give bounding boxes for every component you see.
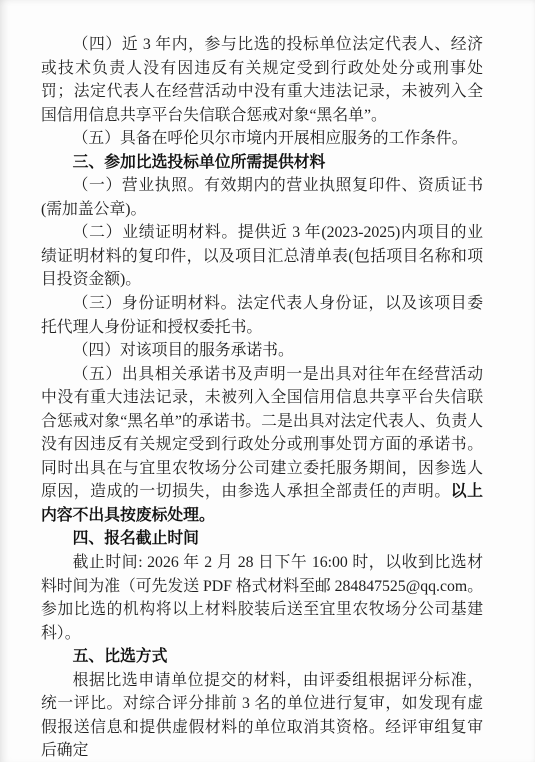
text-run: （五）具备在呼伦贝尔市境内开展相应服务的工作条件。 (73, 130, 468, 147)
section-heading: 三、参加比选投标单位所需提供材料 (41, 151, 483, 175)
paragraph: 截止时间: 2026 年 2 月 28 日下午 16:00 时，以收到比选材料时… (41, 551, 483, 645)
text-run: （四）对该项目的服务承诺书。 (73, 342, 294, 359)
document-page: （四）近 3 年内，参与比选的投标单位法定代表人、经济或技术负责人没有因违反有关… (0, 0, 535, 762)
paragraph: （五）出具相关承诺书及声明一是出具对往年在经营活动中没有重大违法记录，未被列入全… (41, 363, 483, 528)
text-run: （二）业绩证明材料。提供近 3 年(2023-2025)内项目的业绩证明材料的复… (41, 224, 483, 288)
paragraph: （五）具备在呼伦贝尔市境内开展相应服务的工作条件。 (41, 127, 483, 151)
text-run: 根据比选申请单位提交的材料，由评委组根据评分标准，统一评比。对综合评分排前 3 … (41, 672, 483, 760)
text-run: （四）近 3 年内，参与比选的投标单位法定代表人、经济或技术负责人没有因违反有关… (41, 36, 483, 124)
text-run: 截止时间: 2026 年 2 月 28 日下午 16:00 时，以收到比选材料时… (41, 554, 483, 642)
paragraph: （四）对该项目的服务承诺书。 (41, 339, 483, 363)
paragraph: （二）业绩证明材料。提供近 3 年(2023-2025)内项目的业绩证明材料的复… (41, 221, 483, 292)
document-body: （四）近 3 年内，参与比选的投标单位法定代表人、经济或技术负责人没有因违反有关… (41, 33, 483, 762)
section-heading: 四、报名截止时间 (41, 527, 483, 551)
paragraph: （一）营业执照。有效期内的营业执照复印件、资质证书(需加盖公章)。 (41, 174, 483, 221)
text-run: （三）身份证明材料。法定代表人身份证，以及该项目委托代理人身份证和授权委托书。 (41, 295, 483, 336)
bold-text-run: 五、比选方式 (73, 648, 168, 665)
paragraph: （三）身份证明材料。法定代表人身份证，以及该项目委托代理人身份证和授权委托书。 (41, 292, 483, 339)
text-run: （一）营业执照。有效期内的营业执照复印件、资质证书(需加盖公章)。 (41, 177, 483, 218)
bold-text-run: 四、报名截止时间 (73, 530, 199, 547)
section-heading: 五、比选方式 (41, 645, 483, 669)
paragraph: 根据比选申请单位提交的材料，由评委组根据评分标准，统一评比。对综合评分排前 3 … (41, 669, 483, 762)
bold-text-run: 三、参加比选投标单位所需提供材料 (73, 154, 326, 171)
paragraph: （四）近 3 年内，参与比选的投标单位法定代表人、经济或技术负责人没有因违反有关… (41, 33, 483, 127)
text-run: （五）出具相关承诺书及声明一是出具对往年在经营活动中没有重大违法记录，未被列入全… (41, 366, 483, 501)
